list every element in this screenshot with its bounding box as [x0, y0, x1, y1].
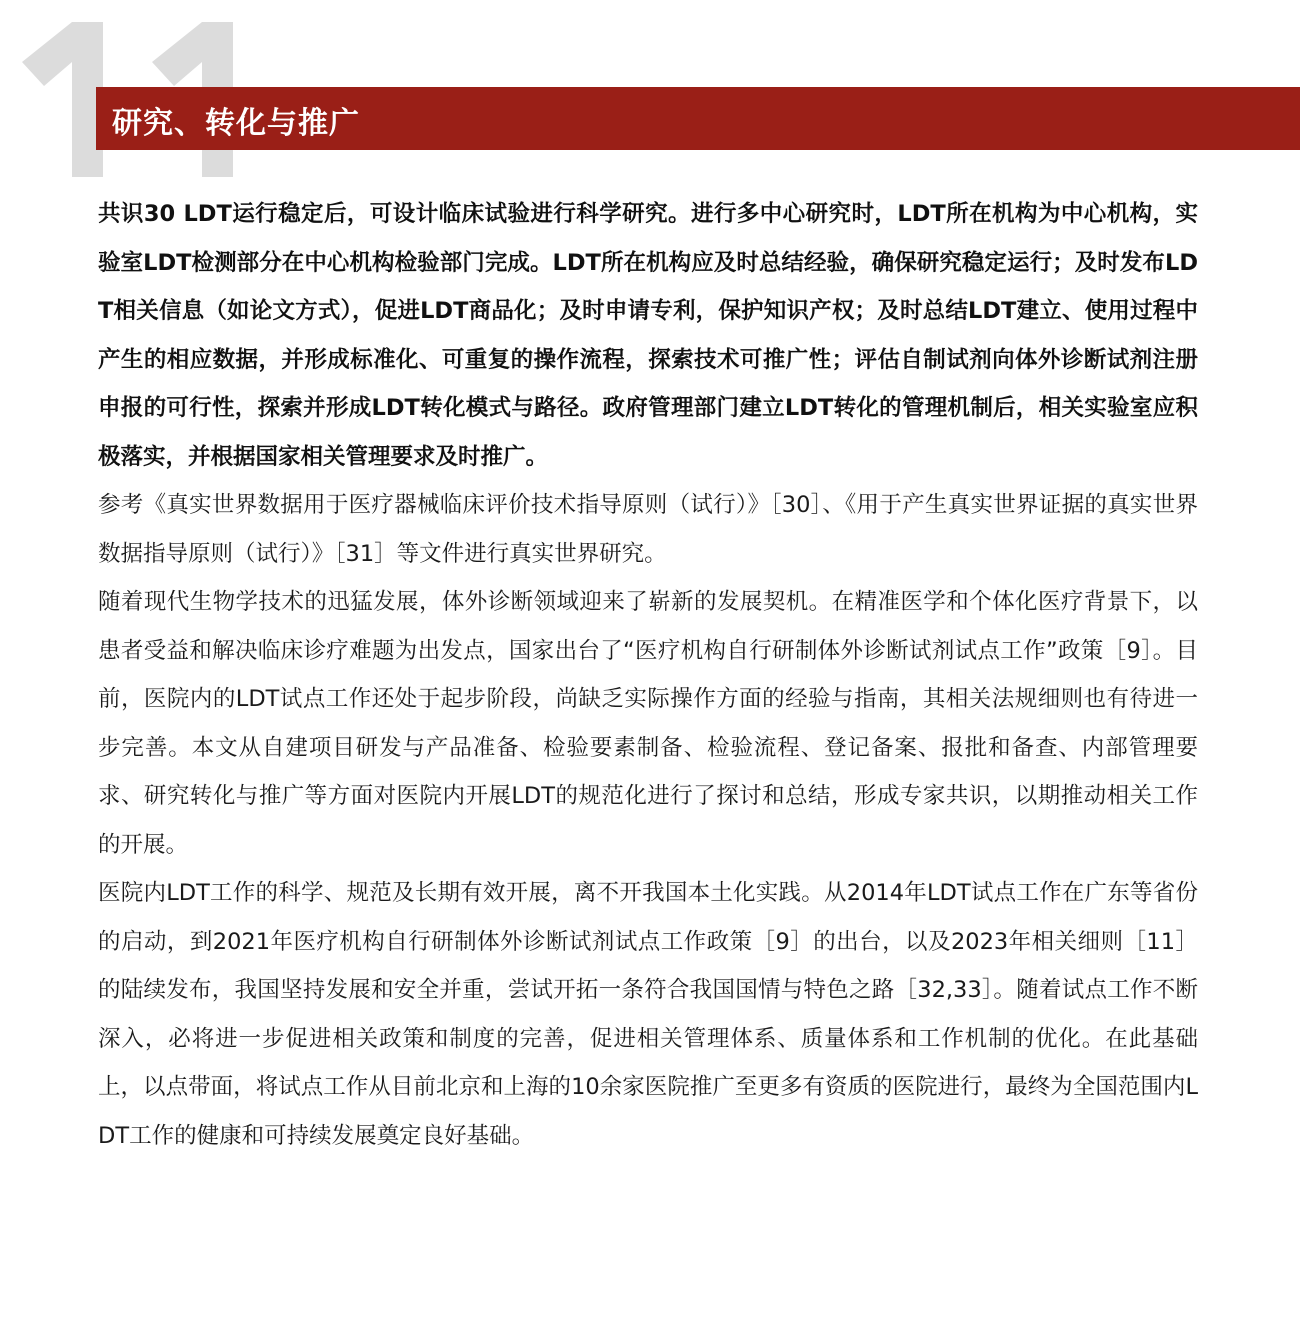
section-title-banner: 研究、转化与推广 [96, 87, 1300, 150]
section-title: 研究、转化与推广 [112, 98, 360, 142]
consensus-30-paragraph: 共识30 LDT运行稳定后，可设计临床试验进行科学研究。进行多中心研究时，LDT… [98, 190, 1198, 481]
outlook-paragraph: 医院内LDT工作的科学、规范及长期有效开展，离不开我国本土化实践。从2014年L… [98, 869, 1198, 1160]
background-summary-paragraph: 随着现代生物学技术的迅猛发展，体外诊断领域迎来了崭新的发展契机。在精准医学和个体… [98, 578, 1198, 869]
real-world-reference-paragraph: 参考《真实世界数据用于医疗器械临床评价技术指导原则（试行）》［30］、《用于产生… [98, 481, 1198, 578]
article-body: 共识30 LDT运行稳定后，可设计临床试验进行科学研究。进行多中心研究时，LDT… [98, 190, 1198, 1160]
